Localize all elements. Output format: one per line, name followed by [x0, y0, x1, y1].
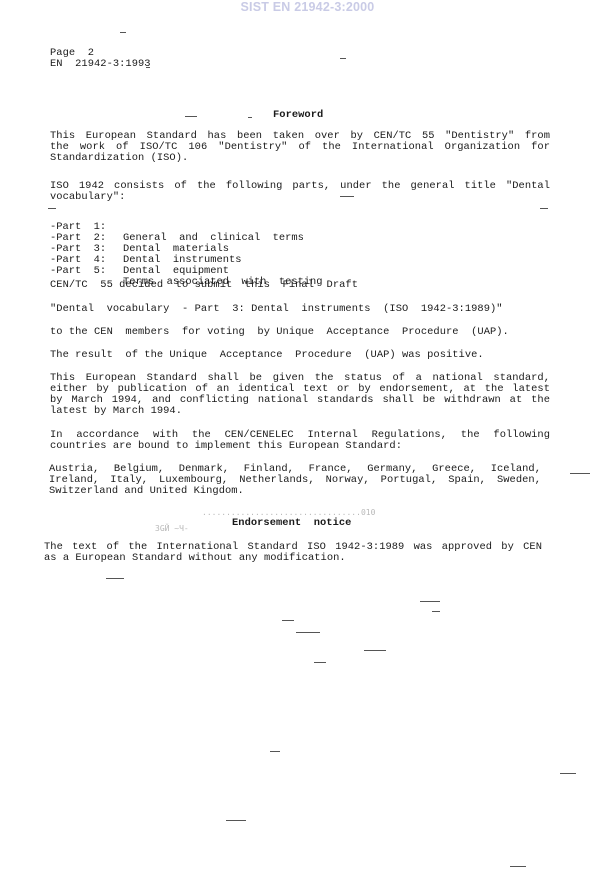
- speck: [270, 751, 280, 752]
- speck: [510, 866, 526, 867]
- watermark: SIST EN 21942-3:2000: [0, 0, 615, 15]
- speck: [185, 116, 197, 117]
- text-line: latest by March 1994.: [50, 406, 550, 417]
- speck: [146, 67, 150, 68]
- text-line: Switzerland and United Kingdom.: [49, 486, 541, 497]
- speck: [48, 208, 56, 209]
- paragraph-result: The result of the Unique Acceptance Proc…: [50, 350, 484, 361]
- text-line: countries are bound to implement this Eu…: [50, 441, 550, 452]
- speck: [340, 196, 354, 197]
- text-line: as a European Standard without any modif…: [44, 553, 542, 564]
- speck: [120, 32, 126, 33]
- speck: [226, 820, 246, 821]
- speck: [296, 632, 320, 633]
- paragraph-national-status: This European Standard shall be given th…: [50, 373, 550, 417]
- part-number: -Part 5:: [50, 266, 106, 277]
- speck: [364, 650, 386, 651]
- speck: [314, 662, 326, 663]
- paragraph-voting: to the CEN members for voting by Unique …: [50, 327, 509, 338]
- text-line: Standardization (ISO).: [50, 153, 550, 164]
- stamp-mark: ЗGЙ ~Ч-: [155, 524, 189, 533]
- paragraph-taken-over: This European Standard has been taken ov…: [50, 131, 550, 164]
- speck: [282, 620, 294, 621]
- paragraph-parts-intro: ISO 1942 consists of the following parts…: [50, 181, 550, 203]
- country-list: Austria, Belgium, Denmark, Finland, Fran…: [49, 464, 541, 497]
- text-line: vocabulary":: [50, 192, 550, 203]
- foreword-heading: Foreword: [273, 110, 323, 121]
- speck: [248, 117, 252, 118]
- document-id: EN 21942-3:1993: [50, 59, 151, 70]
- list-item: -Part 5: Terms associated with testing: [50, 255, 87, 299]
- speck: [420, 601, 440, 602]
- stamp-dots: .................................010: [202, 508, 375, 517]
- paragraph-regulations: In accordance with the CEN/CENELEC Inter…: [50, 430, 550, 452]
- text-line: ISO 1942 consists of the following parts…: [50, 181, 550, 192]
- speck: [340, 58, 346, 59]
- speck: [560, 773, 576, 774]
- speck: [432, 611, 440, 612]
- paragraph-endorsement: The text of the International Standard I…: [44, 542, 542, 564]
- paragraph-decided: CEN/TC 55 decided to submit this Final D…: [50, 280, 358, 291]
- speck: [570, 473, 590, 474]
- endorsement-heading: Endorsement notice: [232, 518, 351, 529]
- speck: [106, 578, 124, 579]
- paragraph-draft-title: "Dental vocabulary - Part 3: Dental inst…: [50, 304, 503, 315]
- speck: [540, 208, 548, 209]
